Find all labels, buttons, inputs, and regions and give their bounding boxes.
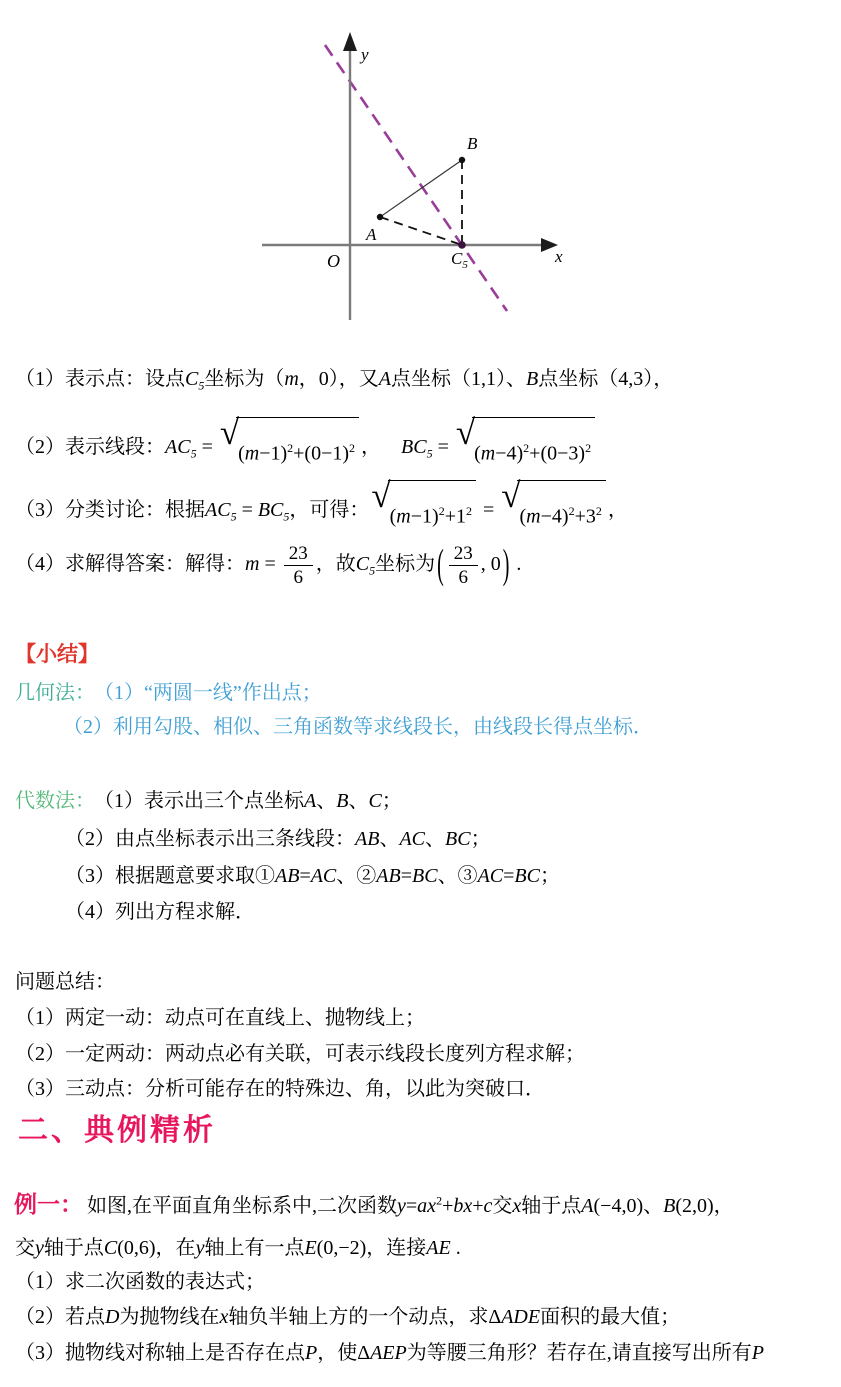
point-b (459, 157, 465, 163)
example-1-question-2: （2）若点D为抛物线在x轴负半轴上方的一个动点，求ΔADE面积的最大值； (15, 1302, 680, 1332)
example-1-question-3: （3）抛物线对称轴上是否存在点P，使ΔAEP为等腰三角形？若存在,请直接写出所有… (15, 1338, 764, 1368)
step-1-represent-points: （1）表示点：设点C5坐标为（m，0），又A点坐标（1,1）、B点坐标（4,3）… (15, 364, 673, 401)
algebraic-method-label: 代数法： (15, 790, 95, 812)
origin-label: O (327, 251, 340, 271)
problem-summary-item-1: （1）两定一动：动点可在直线上、抛物线上； (15, 1003, 425, 1033)
example-1-line-2: 交y轴于点C(0,6)，在y轴上有一点E(0,−2)，连接AE . (15, 1233, 461, 1263)
problem-summary-item-2: （2）一定两动：两动点必有关联，可表示线段长度列方程求解； (15, 1039, 585, 1069)
example-1-statement: 如图,在平面直角坐标系中,二次函数y=ax2+bx+c交x轴于点A(−4,0)、… (87, 1195, 734, 1217)
example-1-label: 例一： (14, 1192, 83, 1217)
algebraic-method-step-3: （3）根据题意要求取①AB=AC、②AB=BC、③AC=BC； (65, 861, 560, 891)
step-2-represent-segments: （2）表示线段：AC5 = √(m−1)2+(0−1)2， BC5 = √(m−… (15, 415, 597, 481)
problem-summary-item-3: （3）三动点：分析可能存在的特殊边、角，以此为突破口． (15, 1074, 545, 1104)
y-axis-label: y (359, 45, 369, 64)
y-axis-arrow-icon (343, 32, 357, 51)
geometric-method-line: 几何法：（1）“两圆一线”作出点； (15, 678, 322, 708)
example-1-question-1: （1）求二次函数的表达式； (15, 1267, 265, 1297)
algebraic-method-step-2: （2）由点坐标表示出三条线段：AB、AC、BC； (65, 824, 491, 854)
problem-summary-header: 问题总结： (15, 967, 115, 997)
algebraic-method-line: 代数法：（1）表示出三个点坐标A、B、C； (15, 786, 402, 816)
point-b-label: B (467, 134, 478, 153)
point-a-label: A (365, 225, 377, 244)
point-c5 (458, 241, 466, 249)
point-c5-label: C5 (451, 249, 468, 271)
step-4-solve-answer: （4）求解得答案：解得：m = 236，故C5坐标为(236, 0) . (15, 536, 521, 599)
example-1-line-1: 例一：如图,在平面直角坐标系中,二次函数y=ax2+bx+c交x轴于点A(−4,… (14, 1184, 734, 1223)
x-axis-label: x (554, 247, 563, 266)
document-page: O y x A B C5 （1）表示点：设点C5坐标为（m，0），又A点坐标（1… (0, 0, 841, 1387)
algebraic-method-step-1: （1）表示出三个点坐标A、B、C； (104, 790, 402, 812)
point-a (377, 214, 383, 220)
segment-ac5-dashed (380, 217, 462, 245)
segment-ab (380, 160, 462, 217)
section-2-title: 二、典例精析 (18, 1113, 216, 1149)
perpendicular-bisector-line (325, 45, 507, 311)
algebraic-method-step-4: （4）列出方程求解． (65, 897, 255, 927)
summary-header: 【小结】 (15, 639, 99, 669)
geometric-method-label: 几何法： (15, 682, 95, 704)
geometric-method-step-2: （2）利用勾股、相似、三角函数等求线段长，由线段长得点坐标． (63, 712, 653, 742)
geometric-method-step-1: （1）“两圆一线”作出点； (104, 682, 322, 704)
coordinate-figure: O y x A B C5 (253, 30, 575, 330)
step-3-case-discussion: （3）分类讨论：根据AC5 = BC5，可得：√(m−1)2+12 = √(m−… (15, 478, 628, 544)
